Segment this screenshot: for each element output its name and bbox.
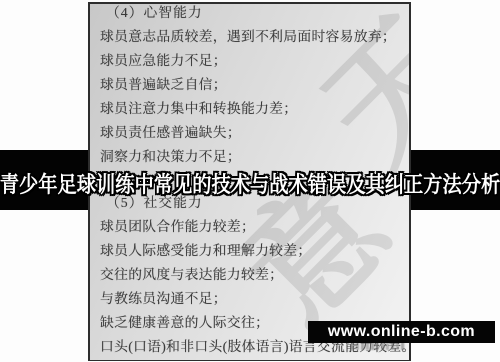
scanned-document-screenshot: 天 意 （4）心智能力 球员意志品质较差，遇到不利局面时容易放弃； 球员应急能力…	[0, 0, 500, 362]
doc-line: 与教练员沟通不足；	[100, 287, 406, 311]
section-heading: （4）心智能力	[100, 2, 406, 25]
doc-line: 交往的风度与表达能力较差；	[100, 263, 406, 287]
doc-line: 球员应急能力不足；	[100, 49, 406, 73]
doc-line: 球员普遍缺乏自信；	[100, 73, 406, 97]
doc-line: 球员责任感普遍缺失；	[100, 121, 406, 145]
site-watermark-box: www.online-b.com	[308, 321, 495, 343]
doc-line: 球员人际感受能力和理解力较差；	[100, 239, 406, 263]
headline-banner: 青少年足球训练中常见的技术与战术错误及其纠正方法分析	[0, 150, 500, 210]
tiny-stamp-smudge	[351, 342, 405, 350]
site-watermark-text: www.online-b.com	[328, 321, 475, 343]
headline-title: 青少年足球训练中常见的技术与战术错误及其纠正方法分析	[0, 168, 500, 199]
section-mental-ability: （4）心智能力 球员意志品质较差，遇到不利局面时容易放弃； 球员应急能力不足； …	[100, 2, 406, 169]
doc-line: 球员团队合作能力较差；	[100, 215, 406, 239]
doc-line: 球员注意力集中和转换能力差；	[100, 97, 406, 121]
doc-line: 球员意志品质较差，遇到不利局面时容易放弃；	[100, 25, 406, 49]
